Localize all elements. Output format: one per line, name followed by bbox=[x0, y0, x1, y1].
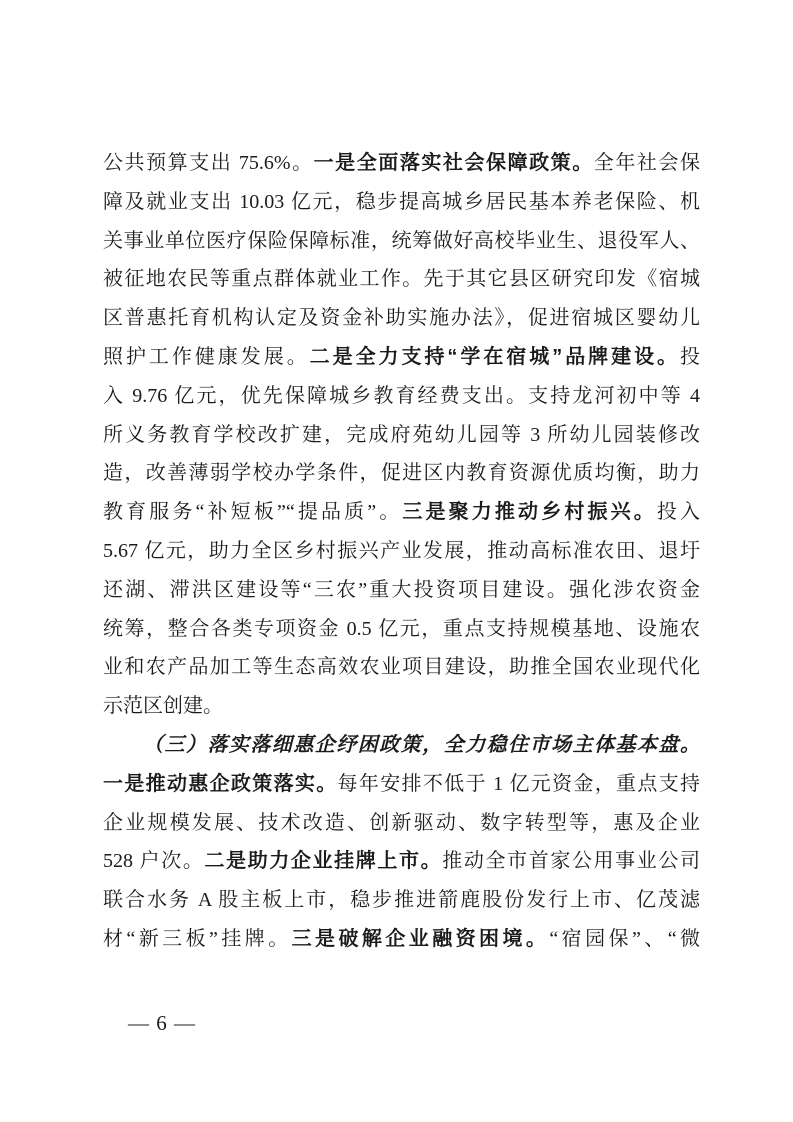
body-run: 材“新三板”挂牌。 bbox=[103, 928, 292, 950]
body-run: 所义务教育学校改扩建，完成府苑幼儿园等 3 所幼儿园装修改 bbox=[103, 424, 700, 446]
body-run: 公共预算支出 75.6%。 bbox=[103, 152, 314, 174]
emphasis-run: 二是助力企业挂牌上市。 bbox=[204, 850, 442, 872]
text-line: 所义务教育学校改扩建，完成府苑幼儿园等 3 所幼儿园装修改 bbox=[103, 416, 700, 455]
body-run: 企业规模发展、技术改造、创新驱动、数字转型等，惠及企业 bbox=[103, 812, 700, 834]
text-line: 528 户次。二是助力企业挂牌上市。推动全市首家公用事业公司 bbox=[103, 842, 700, 881]
body-run: 入 9.76 亿元，优先保障城乡教育经费支出。支持龙河初中等 4 bbox=[103, 385, 700, 407]
text-line: 还湖、滞洪区建设等“三农”重大投资项目建设。强化涉农资金 bbox=[103, 571, 700, 610]
text-line: 障及就业支出 10.03 亿元，稳步提高城乡居民基本养老保险、机 bbox=[103, 183, 700, 222]
text-line: 示范区创建。 bbox=[103, 687, 700, 726]
text-line: 统筹，整合各类专项资金 0.5 亿元，重点支持规模基地、设施农 bbox=[103, 610, 700, 649]
emphasis-run: 一是推动惠企政策落实。 bbox=[103, 773, 338, 795]
body-run: 投 bbox=[680, 346, 700, 368]
body-run: “宿园保”、“微 bbox=[549, 928, 700, 950]
text-line: 入 9.76 亿元，优先保障城乡教育经费支出。支持龙河初中等 4 bbox=[103, 377, 700, 416]
text-line: 关事业单位医疗保险保障标准，统筹做好高校毕业生、退役军人、 bbox=[103, 222, 700, 261]
emphasis-run: 一是全面落实社会保障政策。 bbox=[314, 152, 594, 174]
body-run: 每年安排不低于 1 亿元资金，重点支持 bbox=[338, 773, 700, 795]
body-run: 区普惠托育机构认定及资金补助实施办法》，促进宿城区婴幼儿 bbox=[103, 307, 700, 329]
body-run: 投入 bbox=[657, 501, 700, 523]
document-page: 公共预算支出 75.6%。一是全面落实社会保障政策。全年社会保 障及就业支出 1… bbox=[0, 0, 793, 1122]
text-line: 公共预算支出 75.6%。一是全面落实社会保障政策。全年社会保 bbox=[103, 144, 700, 183]
body-run: 统筹，整合各类专项资金 0.5 亿元，重点支持规模基地、设施农 bbox=[103, 618, 700, 640]
body-run: 528 户次。 bbox=[103, 850, 204, 872]
text-line: 被征地农民等重点群体就业工作。先于其它县区研究印发《宿城 bbox=[103, 260, 700, 299]
emphasis-run: 三是破解企业融资困境。 bbox=[292, 928, 550, 950]
text-line: 照护工作健康发展。二是全力支持“学在宿城”品牌建设。投 bbox=[103, 338, 700, 377]
body-run: 联合水务 A 股主板上市，稳步推进箭鹿股份发行上市、亿茂滤 bbox=[103, 889, 700, 911]
emphasis-run: 二是全力支持“学在宿城”品牌建设。 bbox=[310, 346, 680, 368]
text-line: 5.67 亿元，助力全区乡村振兴产业发展，推动高标准农田、退圩 bbox=[103, 532, 700, 571]
emphasis-run: 三是聚力推动乡村振兴。 bbox=[402, 501, 656, 523]
body-run: 关事业单位医疗保险保障标准，统筹做好高校毕业生、退役军人、 bbox=[103, 230, 700, 252]
body-run: 被征地农民等重点群体就业工作。先于其它县区研究印发《宿城 bbox=[103, 268, 700, 290]
body-run: 照护工作健康发展。 bbox=[103, 346, 310, 368]
section-heading-run: （三）落实落细惠企纾困政策，全力稳住市场主体基本盘。 bbox=[143, 734, 700, 756]
text-line: 教育服务“补短板”“提品质”。三是聚力推动乡村振兴。投入 bbox=[103, 493, 700, 532]
text-line: 联合水务 A 股主板上市，稳步推进箭鹿股份发行上市、亿茂滤 bbox=[103, 881, 700, 920]
body-run: 示范区创建。 bbox=[103, 695, 223, 717]
body-run: 教育服务“补短板”“提品质”。 bbox=[103, 501, 402, 523]
text-line: 区普惠托育机构认定及资金补助实施办法》，促进宿城区婴幼儿 bbox=[103, 299, 700, 338]
body-run: 5.67 亿元，助力全区乡村振兴产业发展，推动高标准农田、退圩 bbox=[103, 540, 700, 562]
page-number: — 6 — bbox=[128, 1008, 196, 1038]
body-run: 还湖、滞洪区建设等“三农”重大投资项目建设。强化涉农资金 bbox=[103, 579, 700, 601]
text-line: 造，改善薄弱学校办学条件，促进区内教育资源优质均衡，助力 bbox=[103, 454, 700, 493]
text-line: 材“新三板”挂牌。三是破解企业融资困境。“宿园保”、“微 bbox=[103, 920, 700, 959]
body-run: 全年社会保 bbox=[594, 152, 700, 174]
text-line: 业和农产品加工等生态高效农业项目建设，助推全国农业现代化 bbox=[103, 648, 700, 687]
text-line: 企业规模发展、技术改造、创新驱动、数字转型等，惠及企业 bbox=[103, 804, 700, 843]
body-text: 公共预算支出 75.6%。一是全面落实社会保障政策。全年社会保 障及就业支出 1… bbox=[103, 144, 700, 959]
text-line-section-heading: （三）落实落细惠企纾困政策，全力稳住市场主体基本盘。 bbox=[103, 726, 700, 765]
text-line: 一是推动惠企政策落实。每年安排不低于 1 亿元资金，重点支持 bbox=[103, 765, 700, 804]
body-run: 业和农产品加工等生态高效农业项目建设，助推全国农业现代化 bbox=[103, 656, 700, 678]
body-run: 造，改善薄弱学校办学条件，促进区内教育资源优质均衡，助力 bbox=[103, 462, 700, 484]
body-run: 障及就业支出 10.03 亿元，稳步提高城乡居民基本养老保险、机 bbox=[103, 191, 700, 213]
body-run: 推动全市首家公用事业公司 bbox=[442, 850, 700, 872]
